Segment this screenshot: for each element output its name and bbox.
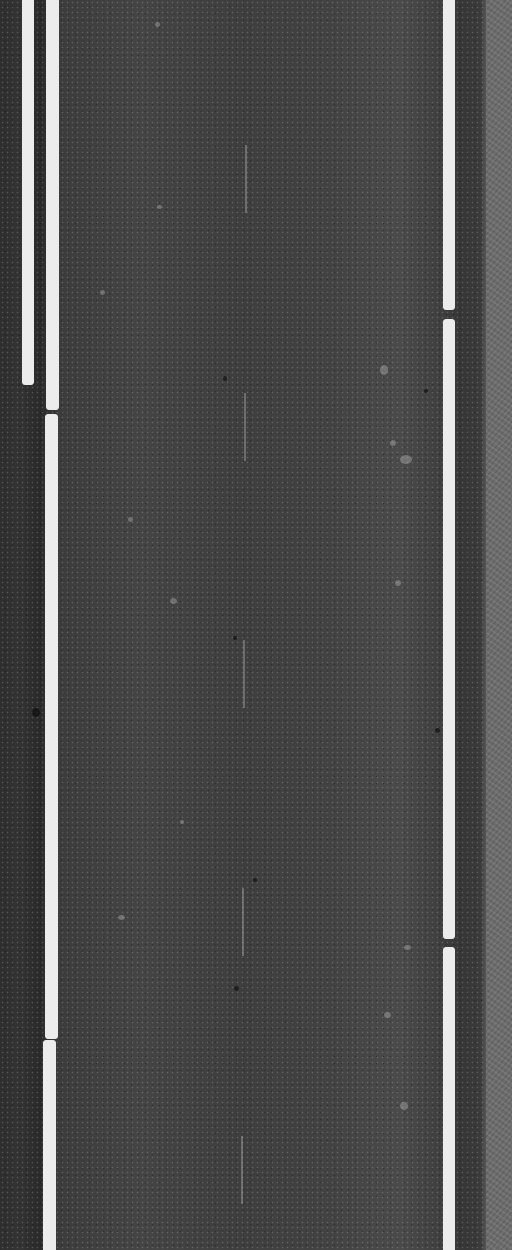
center-dash bbox=[242, 888, 244, 956]
pavement-stain bbox=[424, 389, 428, 393]
pavement-spot bbox=[155, 22, 160, 27]
pavement-stain bbox=[233, 636, 237, 640]
pavement-spot bbox=[100, 290, 105, 295]
concrete-curb bbox=[486, 0, 512, 1250]
pavement-stain bbox=[435, 728, 440, 733]
pavement-spot bbox=[390, 440, 396, 446]
pavement-spot bbox=[180, 820, 184, 824]
pavement-spot bbox=[157, 205, 162, 209]
pavement-stain bbox=[253, 878, 257, 882]
road-scene bbox=[0, 0, 512, 1250]
left-inner-line bbox=[45, 414, 58, 1039]
left-inner-line bbox=[46, 0, 59, 410]
left-outer-line bbox=[22, 0, 34, 385]
right-edge-line bbox=[443, 0, 455, 310]
pavement-spot bbox=[170, 598, 177, 604]
pavement-stain bbox=[223, 376, 227, 381]
pavement-spot bbox=[118, 915, 125, 920]
pavement-spot bbox=[380, 365, 388, 375]
center-dash bbox=[241, 1136, 243, 1204]
pavement-spot bbox=[400, 455, 412, 464]
right-edge-line bbox=[443, 319, 455, 939]
pavement-spot bbox=[395, 580, 401, 586]
pavement-spot bbox=[128, 517, 133, 522]
left-inner-line bbox=[43, 1040, 56, 1250]
pavement-stain bbox=[32, 708, 40, 717]
pavement-spot bbox=[400, 1102, 408, 1110]
center-dash bbox=[244, 393, 246, 461]
pavement-stain bbox=[234, 986, 239, 991]
right-edge-line bbox=[443, 947, 455, 1250]
asphalt-texture bbox=[0, 0, 512, 1250]
center-dash bbox=[245, 145, 247, 213]
center-dash bbox=[243, 640, 245, 708]
pavement-spot bbox=[404, 945, 411, 950]
pavement-spot bbox=[384, 1012, 391, 1018]
